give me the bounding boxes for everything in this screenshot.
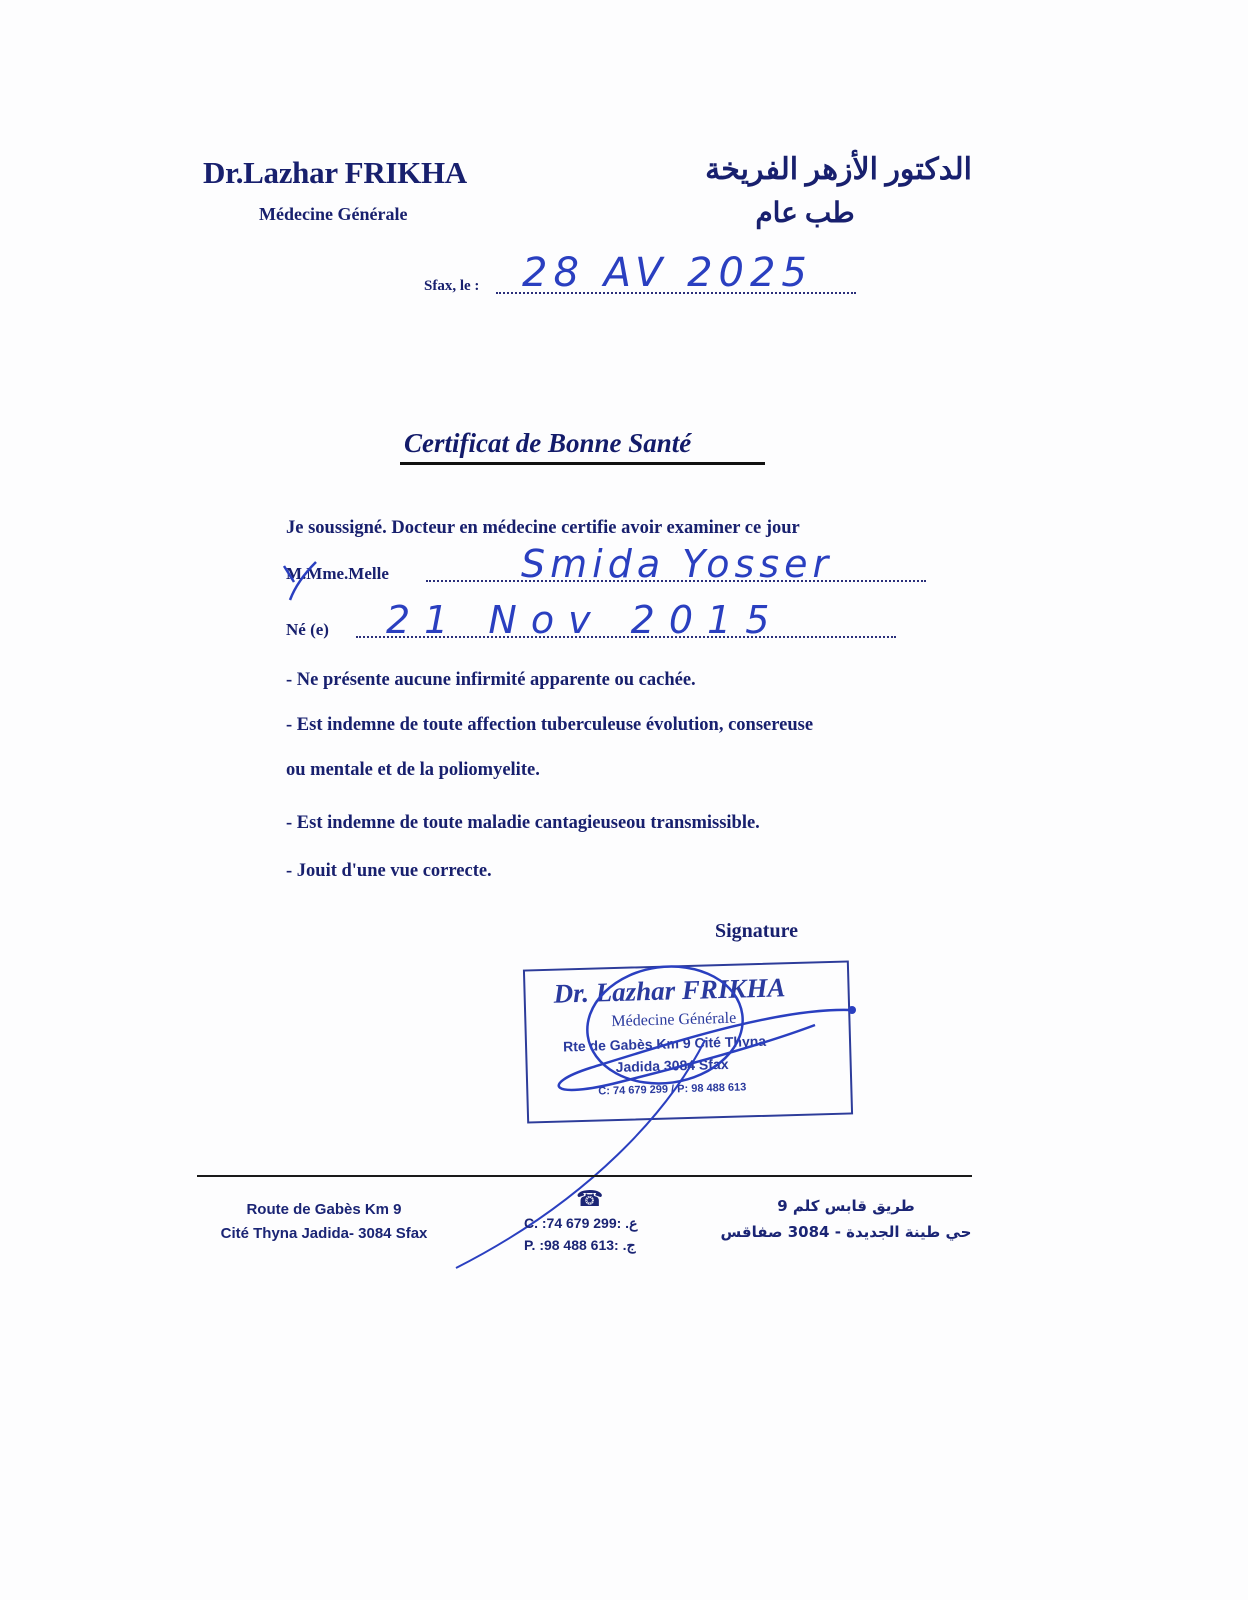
statement-no-tuberculosis-cont: ou mentale et de la poliomyelite. <box>286 760 540 781</box>
date-field: Sfax, le : 28 AV 2025 <box>424 250 864 300</box>
footer-phone-c: C. :74 679 299: .ع <box>524 1212 637 1234</box>
footer-address: Route de Gabès Km 9 Cité Thyna Jadida- 3… <box>198 1198 450 1246</box>
footer-phones: C. :74 679 299: .ع P. :98 488 613: .ج <box>524 1212 637 1256</box>
birth-date-handwritten: 21 Nov 2015 <box>386 598 783 642</box>
footer-address-ar-line2: حي طينة الجديدة - 3084 صفاقس <box>720 1219 972 1245</box>
signature-label: Signature <box>715 920 798 943</box>
title-underline <box>400 462 765 465</box>
doctor-name: Dr.Lazhar FRIKHA <box>203 155 467 191</box>
statement-correct-vision: - Jouit d'une vue correcte. <box>286 861 492 882</box>
telephone-icon: ☎ <box>576 1186 603 1212</box>
certificate-title: Certificat de Bonne Santé <box>404 428 691 459</box>
footer-address-ar-line1: طريق قابس كلم 9 <box>720 1193 972 1219</box>
statement-no-contagious-disease: - Est indemne de toute maladie cantagieu… <box>286 813 760 834</box>
footer-address-arabic: طريق قابس كلم 9 حي طينة الجديدة - 3084 ص… <box>720 1193 972 1245</box>
date-label: Sfax, le : <box>424 278 479 295</box>
patient-name-handwritten: Smida Yosser <box>521 542 833 586</box>
certificate-intro: Je soussigné. Docteur en médecine certif… <box>286 518 800 539</box>
doctor-specialty-arabic: طب عام <box>720 196 890 230</box>
patient-name-field: M.Mme.Melle Smida Yosser <box>286 548 926 588</box>
doctor-specialty: Médecine Générale <box>259 204 407 225</box>
footer-phone-p: P. :98 488 613: .ج <box>524 1234 637 1256</box>
statement-no-tuberculosis: - Est indemne de toute affection tubercu… <box>286 715 813 736</box>
footer-divider <box>197 1175 972 1177</box>
doctor-name-arabic: الدكتور الأزهر الفريخة <box>690 152 972 187</box>
footer-address-line1: Route de Gabès Km 9 <box>198 1198 450 1222</box>
footer-address-line2: Cité Thyna Jadida- 3084 Sfax <box>198 1222 450 1246</box>
date-value-handwritten: 28 AV 2025 <box>522 250 813 296</box>
birth-date-field: Né (e) 21 Nov 2015 <box>286 604 926 644</box>
birth-date-label: Né (e) <box>286 620 329 640</box>
pen-strike-mark <box>280 558 320 602</box>
statement-no-infirmity: - Ne présente aucune infirmité apparente… <box>286 670 696 691</box>
